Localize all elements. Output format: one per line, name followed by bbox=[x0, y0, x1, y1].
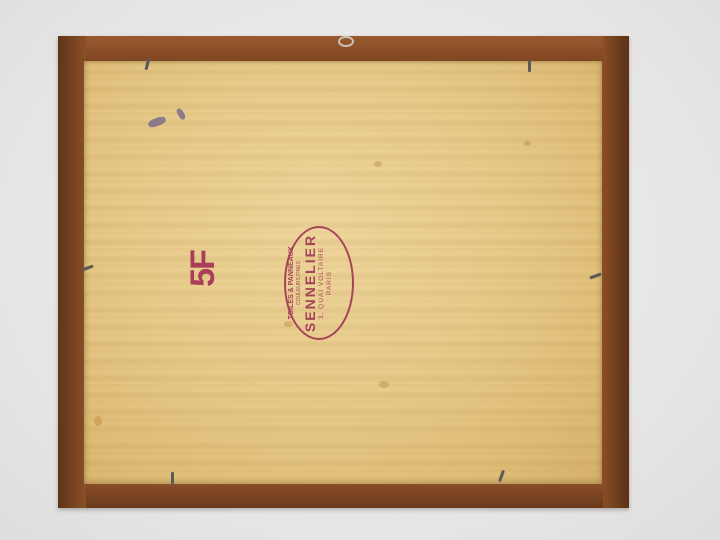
sennelier-stamp: TOILES & PANNEAUX COULEURS FINES SENNELI… bbox=[284, 226, 354, 340]
stamp-city: PARIS bbox=[326, 227, 334, 339]
stamp-line-1: TOILES & PANNEAUX bbox=[287, 227, 296, 339]
frame-left-rail bbox=[58, 36, 86, 508]
price-stamp: 5F bbox=[174, 249, 232, 289]
hanging-ring-icon bbox=[338, 36, 354, 47]
stain-spot bbox=[374, 161, 382, 167]
frame-nail bbox=[528, 60, 531, 72]
stain-spot bbox=[379, 381, 389, 388]
stain-spot bbox=[524, 141, 531, 146]
frame-nail bbox=[171, 472, 174, 484]
frame-bottom-rail bbox=[58, 484, 629, 508]
stamp-address: 3, QUAI VOLTAIRE bbox=[318, 227, 326, 339]
frame-right-rail bbox=[603, 36, 629, 508]
stamp-name: SENNELIER bbox=[302, 227, 318, 339]
stain-spot bbox=[94, 416, 102, 426]
